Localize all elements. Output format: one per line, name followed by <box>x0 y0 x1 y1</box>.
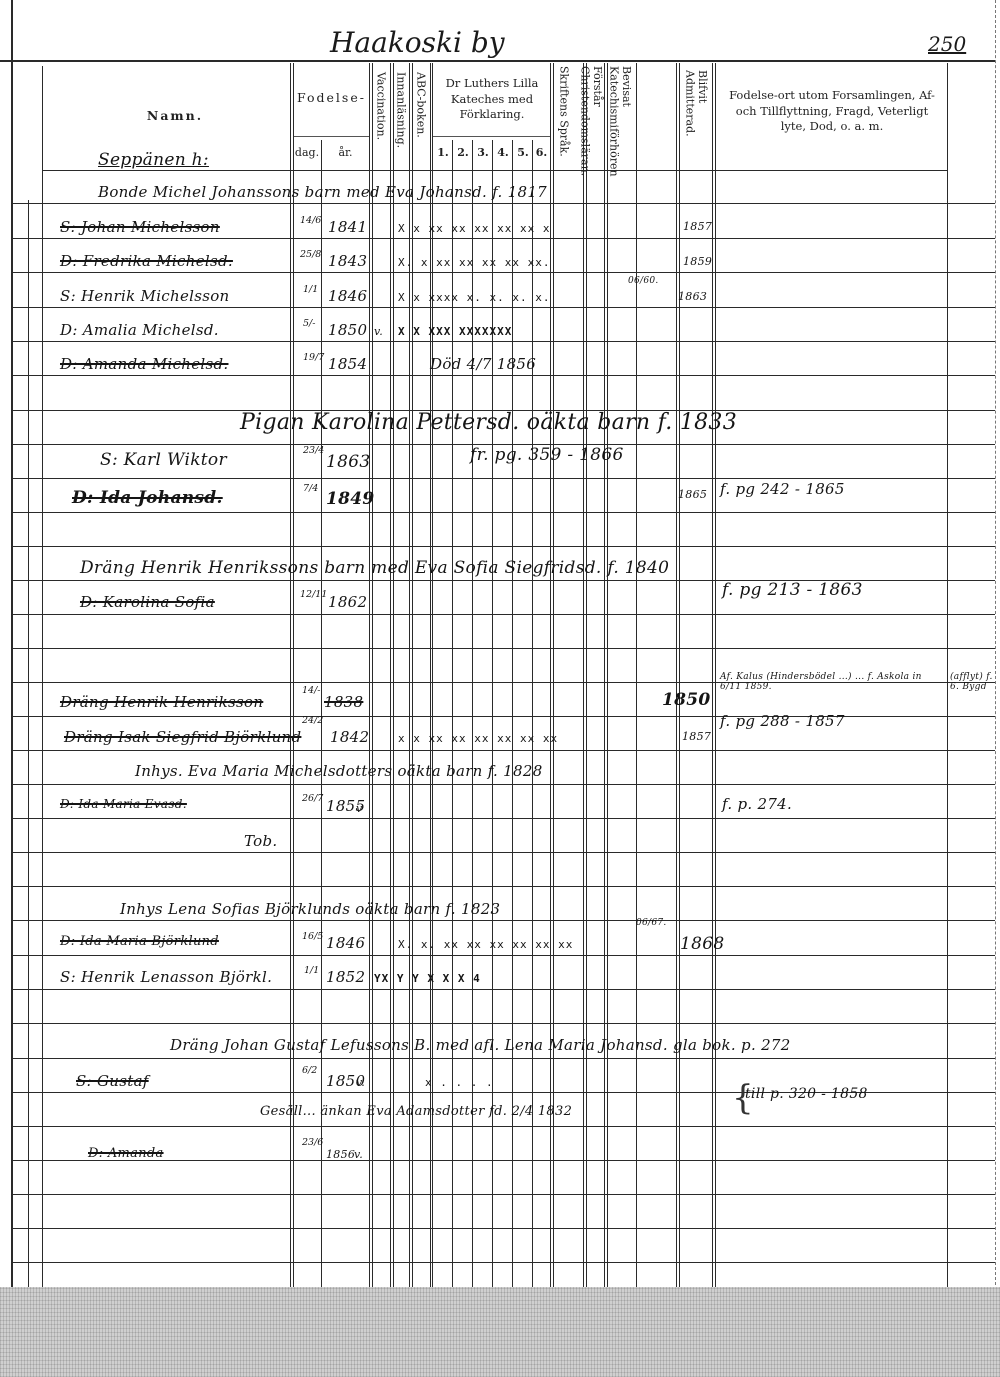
person-name: D: Amanda <box>88 1146 164 1161</box>
birth-day: 23/6 <box>302 1138 323 1148</box>
catechism-marks: x x xx xx xx xx xx xx <box>398 732 558 745</box>
header-blifvit: Blifvit Admitterad. <box>682 70 708 170</box>
row-line <box>12 886 995 887</box>
col-line <box>947 63 948 1288</box>
village-title: Haakoski by <box>330 26 505 59</box>
birth-day: 25/8 <box>300 250 321 260</box>
header-bevisat: Bevisat Katechismiförhören <box>612 66 632 166</box>
birth-year: 1843 <box>328 252 367 270</box>
death-note: Död 4/7 1856 <box>430 355 536 373</box>
birth-year: 1841 <box>328 218 367 236</box>
admitted-year: 1859 <box>683 255 712 268</box>
birth-day: 14/6 <box>300 216 321 226</box>
person-name: S: Gustaf <box>76 1072 149 1090</box>
note: Tob. <box>244 832 277 850</box>
header-cat-6: 6. <box>533 146 550 161</box>
header-name: Namn. <box>100 108 250 125</box>
admitted-year: 1850 <box>662 690 711 710</box>
family-line: Pigan Karolina Pettersd. oäkta barn f. 1… <box>240 410 737 435</box>
birth-day: 12/11 <box>300 590 327 600</box>
header-cat-1: 1. <box>434 146 452 161</box>
header-abc-boken: ABC-boken. <box>414 72 427 167</box>
person-name: D: Karolina Sofia <box>80 593 215 611</box>
header-catechism: Dr Luthers Lilla Kateches med Förklaring… <box>436 76 548 123</box>
row-line <box>12 1023 995 1024</box>
header-innanlasning: Innanläsning. <box>394 72 407 167</box>
header-cat-4: 4. <box>494 146 512 161</box>
row-line <box>12 1262 995 1263</box>
header-birth-year: år. <box>322 146 369 161</box>
birth-day: 23/4 <box>303 446 324 456</box>
vaccination-mark: v. <box>356 1076 365 1089</box>
admitted-year: 1857 <box>683 220 712 233</box>
admitted-year: 1863 <box>678 290 707 303</box>
row-line <box>12 238 995 239</box>
birth-year: 1849 <box>326 489 375 509</box>
row-line <box>12 478 995 479</box>
birth-day: 1/1 <box>303 285 318 295</box>
admitted-year: 1857 <box>682 730 711 743</box>
remark: till p. 320 - 1858 <box>745 1086 868 1102</box>
remark-small-2: (afflyt) f. 6. Bygd <box>950 672 995 692</box>
family-line: Dräng Johan Gustaf Lefussons B. med afl.… <box>170 1036 791 1054</box>
scan-noise-area <box>0 1287 1000 1377</box>
birth-year: 1842 <box>330 728 369 746</box>
col-line <box>583 63 584 1288</box>
birth-day: 24/2 <box>302 716 323 726</box>
row-line <box>12 341 995 342</box>
row-line <box>12 512 995 513</box>
person-name: S: Henrik Lenasson Björkl. <box>60 968 272 986</box>
birth-year: 1846 <box>326 934 365 952</box>
header-birth: Fodelse- <box>294 90 369 107</box>
col-line <box>636 63 637 1288</box>
birth-day: 19/7 <box>303 353 324 363</box>
row-line <box>12 203 995 204</box>
catechism-subrule <box>433 136 550 137</box>
birth-day: 5/- <box>303 319 315 329</box>
birth-year: 1862 <box>328 593 367 611</box>
person-name: S: Johan Michelsson <box>60 218 220 236</box>
header-cat-3: 3. <box>474 146 492 161</box>
admitted-year: 1868 <box>680 934 724 954</box>
birth-day: 16/5 <box>302 932 323 942</box>
person-name: D: Ida Johansd. <box>72 488 223 508</box>
right-edge-line <box>995 0 996 1290</box>
header-vaccination: Vaccination. <box>374 72 387 167</box>
col-line <box>712 63 713 1288</box>
parish-register-page: Haakoski by 250 Namn. Fodelse- dag. år. … <box>0 0 1000 1377</box>
header-remarks: Fodelse-ort utom Forsamlingen, Af- och T… <box>722 88 942 135</box>
family-line: Inhys. Eva Maria Michelsdotters oäkta ba… <box>135 762 543 780</box>
birth-year: 1846 <box>328 287 367 305</box>
header-skriftens: Skriftens Språk. <box>557 66 570 166</box>
birth-day: 1/1 <box>304 966 319 976</box>
birth-year: 1838 <box>324 693 363 711</box>
vaccination-mark: v <box>356 802 363 815</box>
row-line <box>12 989 995 990</box>
remark: f. pg 288 - 1857 <box>720 712 845 730</box>
header-cat-2: 2. <box>454 146 472 161</box>
catechism-marks: X x xxxx x. x. x. x. <box>398 291 550 304</box>
person-name: Dräng Henrik Henriksson <box>60 693 263 711</box>
header-cat-5: 5. <box>514 146 532 161</box>
row-line <box>12 1228 995 1229</box>
birth-day: 7/4 <box>303 484 318 494</box>
header-top-rule <box>0 60 995 62</box>
remark: f. p. 274. <box>722 795 792 813</box>
vaccination-mark: v. <box>374 325 383 338</box>
name-col-left-line <box>42 66 43 1288</box>
family-line: Bonde Michel Johanssons barn med Eva Joh… <box>98 183 547 201</box>
birth-year: 1852 <box>326 968 365 986</box>
catechism-marks: YX Y Y X X X 4 <box>374 972 481 985</box>
col-line <box>679 63 680 1288</box>
person-name: D: Fredrika Michelsd. <box>60 252 233 270</box>
birth-subrule <box>294 136 369 137</box>
row-line <box>12 750 995 751</box>
row-line <box>12 920 995 921</box>
row-line <box>12 614 995 615</box>
margin-line <box>11 0 13 1290</box>
catechism-marks: X. x xx xx xx xx xx. <box>398 256 550 269</box>
family-line: Dräng Henrik Henrikssons barn med Eva So… <box>80 558 669 578</box>
col-line <box>607 63 608 1288</box>
row-line <box>12 784 995 785</box>
birth-year: 1850 <box>328 321 367 339</box>
row-line <box>12 1058 995 1059</box>
header-forstar: Förstår Christendomsläran. <box>589 66 603 166</box>
row-line <box>12 272 995 273</box>
person-name: D: Ida Maria Björklund <box>60 934 219 949</box>
person-name: D: Ida Maria Evasd. <box>60 797 187 811</box>
row-line <box>12 955 995 956</box>
row-line <box>12 375 995 376</box>
bevisat-note: 06/67. <box>636 918 667 928</box>
bevisat-note: 06/60. <box>628 276 659 286</box>
transfer-note: fr. pg. 359 - 1866 <box>470 445 624 465</box>
family-line: Inhys Lena Sofias Björklunds oäkta barn … <box>120 900 500 918</box>
remark: f. pg 242 - 1865 <box>720 480 845 498</box>
row-line <box>12 648 995 649</box>
vaccination-mark: v. <box>354 1148 363 1161</box>
brace-mark: { <box>732 1078 754 1118</box>
page-number: 250 <box>928 32 966 56</box>
family-header: Seppänen h: <box>98 150 209 170</box>
row-line <box>12 818 995 819</box>
family-line: Gesäll... änkan Eva Adamsdotter fd. 2/4 … <box>260 1104 572 1119</box>
catechism-marks: X. x. xx xx xx xx xx xx <box>398 938 573 951</box>
col-line <box>586 63 587 1288</box>
remark: f. pg 213 - 1863 <box>722 580 863 600</box>
row-line <box>12 1126 995 1127</box>
person-name: S: Karl Wiktor <box>100 450 227 470</box>
row-line <box>12 307 995 308</box>
birth-day: 14/- <box>302 686 321 696</box>
catechism-marks: x . . . . <box>425 1076 494 1089</box>
birth-year: 1863 <box>326 452 370 472</box>
catechism-marks: X X XXX XXXXXXX <box>398 325 512 338</box>
row-line <box>12 716 995 717</box>
row-line <box>12 852 995 853</box>
birth-day: 6/2 <box>302 1066 317 1076</box>
person-name: D: Amanda Michelsd. <box>60 355 228 373</box>
admitted-year: 1865 <box>678 488 707 501</box>
row-line <box>12 1194 995 1195</box>
row-line <box>12 546 995 547</box>
person-name: S: Henrik Michelsson <box>60 287 230 305</box>
birth-year: 1856 <box>326 1148 355 1161</box>
person-name: D: Amalia Michelsd. <box>60 321 219 339</box>
person-name: Dräng Isak Siegfrid Björklund <box>64 728 301 746</box>
catechism-marks: X x xx xx xx xx xx x <box>398 222 550 235</box>
col-line <box>676 63 677 1288</box>
birth-day: 26/7 <box>302 794 323 804</box>
header-bottom-rule <box>42 170 947 171</box>
remark-small: Af. Kalus (Hindersbödel ...) ... f. Asko… <box>720 672 945 692</box>
col-line <box>715 63 716 1288</box>
col-line <box>604 63 605 1288</box>
header-birth-day: dag. <box>292 146 322 161</box>
birth-year: 1854 <box>328 355 367 373</box>
